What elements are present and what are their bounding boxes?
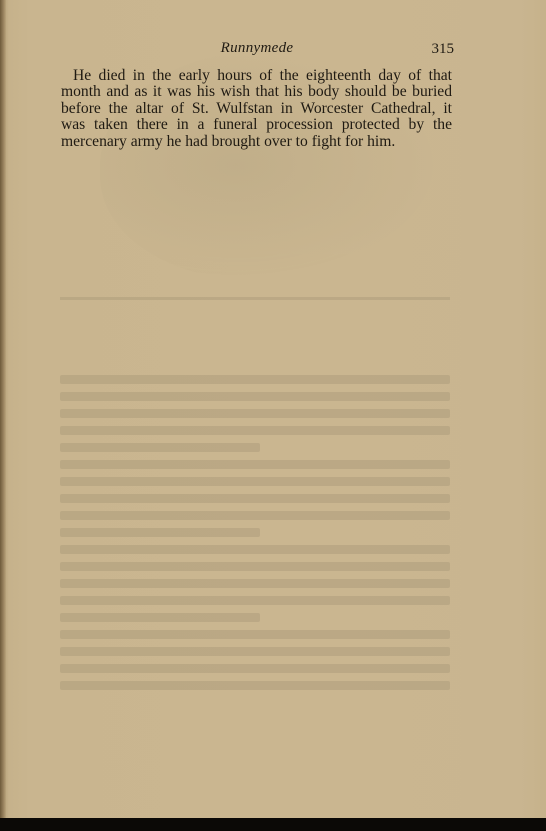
bleed-line [60, 613, 260, 622]
bleed-line [60, 494, 450, 503]
bleed-line [60, 664, 450, 673]
bleed-line [60, 545, 450, 554]
bleed-line [60, 443, 260, 452]
book-page: Runnymede 315 He died in the early hours… [0, 0, 546, 822]
bleed-line [60, 579, 450, 588]
bleed-line [60, 409, 450, 418]
running-title: Runnymede [60, 40, 454, 57]
bleed-line [60, 562, 450, 571]
text-line: mercenary army he had brought over to fi… [61, 134, 452, 150]
text-line: month and as it was his wish that his bo… [61, 84, 452, 100]
text-line: was taken there in a funeral procession … [61, 117, 452, 133]
bleed-line [60, 528, 260, 537]
divider-bleed [60, 297, 450, 300]
bleed-line [60, 596, 450, 605]
body-paragraph: He died in the early hours of the eighte… [61, 68, 452, 150]
bleed-line [60, 681, 450, 690]
bleed-line [60, 630, 450, 639]
page-spine-edge [0, 0, 6, 822]
bleed-line [60, 426, 450, 435]
bleed-line [60, 392, 450, 401]
bleed-line [60, 375, 450, 384]
bleed-line [60, 647, 450, 656]
bleed-line [60, 511, 450, 520]
text-line: He died in the early hours of the eighte… [61, 68, 452, 84]
scan-bottom-edge [0, 818, 546, 831]
text-line: before the altar of St. Wulfstan in Worc… [61, 101, 452, 117]
page-number: 315 [432, 41, 455, 58]
bleed-line [60, 460, 450, 469]
bleed-line [60, 477, 450, 486]
running-head: Runnymede 315 [60, 40, 454, 62]
